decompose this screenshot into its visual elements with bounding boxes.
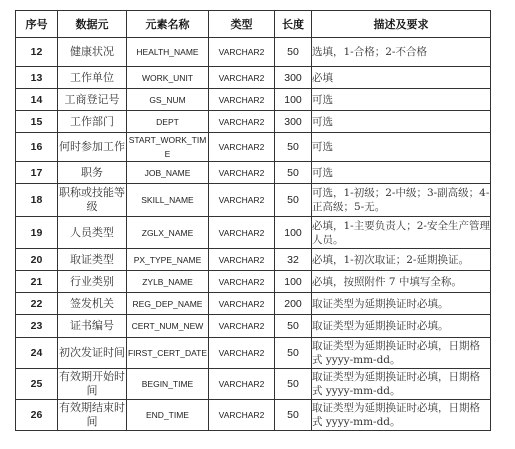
type-cell: VARCHAR2 bbox=[209, 369, 275, 400]
element-name-cell: END_TIME bbox=[127, 400, 209, 431]
element-name-cell: ZYLB_NAME bbox=[127, 271, 209, 293]
header-type: 类型 bbox=[209, 11, 275, 38]
header-length: 长度 bbox=[275, 11, 312, 38]
length-cell: 50 bbox=[275, 38, 312, 67]
table-body: 12健康状况HEALTH_NAMEVARCHAR250选填，1-合格；2-不合格… bbox=[16, 38, 491, 431]
description-cell: 取证类型为延期换证时必填。 bbox=[312, 315, 491, 338]
type-cell: VARCHAR2 bbox=[209, 38, 275, 67]
description-cell: 可选 bbox=[312, 133, 491, 162]
description-cell: 可选 bbox=[312, 162, 491, 184]
element-name-cell: START_WORK_TIME bbox=[127, 133, 209, 162]
element-name-cell: REG_DEP_NAME bbox=[127, 293, 209, 315]
description-cell: 取证类型为延期换证时必填，日期格式 yyyy-mm-dd。 bbox=[312, 400, 491, 431]
length-cell: 50 bbox=[275, 184, 312, 217]
type-cell: VARCHAR2 bbox=[209, 400, 275, 431]
data-element-cell: 工作部门 bbox=[58, 111, 127, 133]
description-cell: 必填 bbox=[312, 67, 491, 89]
type-cell: VARCHAR2 bbox=[209, 133, 275, 162]
serial-no-cell: 19 bbox=[16, 217, 58, 249]
serial-no-cell: 22 bbox=[16, 293, 58, 315]
data-element-cell: 有效期结束时间 bbox=[58, 400, 127, 431]
serial-no-cell: 12 bbox=[16, 38, 58, 67]
data-element-cell: 工商登记号 bbox=[58, 89, 127, 111]
length-cell: 300 bbox=[275, 67, 312, 89]
element-name-cell: DEPT bbox=[127, 111, 209, 133]
length-cell: 100 bbox=[275, 271, 312, 293]
element-name-cell: FIRST_CERT_DATE bbox=[127, 338, 209, 369]
description-cell: 取证类型为延期换证时必填。 bbox=[312, 293, 491, 315]
type-cell: VARCHAR2 bbox=[209, 217, 275, 249]
serial-no-cell: 23 bbox=[16, 315, 58, 338]
element-name-cell: ZGLX_NAME bbox=[127, 217, 209, 249]
serial-no-cell: 15 bbox=[16, 111, 58, 133]
serial-no-cell: 20 bbox=[16, 249, 58, 271]
length-cell: 200 bbox=[275, 293, 312, 315]
data-element-cell: 取证类型 bbox=[58, 249, 127, 271]
table-row: 12健康状况HEALTH_NAMEVARCHAR250选填，1-合格；2-不合格 bbox=[16, 38, 491, 67]
type-cell: VARCHAR2 bbox=[209, 338, 275, 369]
table-row: 13工作单位WORK_UNITVARCHAR2300必填 bbox=[16, 67, 491, 89]
description-cell: 可选，1-初级；2-中级；3-副高级；4-正高级；5-无。 bbox=[312, 184, 491, 217]
serial-no-cell: 17 bbox=[16, 162, 58, 184]
type-cell: VARCHAR2 bbox=[209, 271, 275, 293]
data-element-cell: 签发机关 bbox=[58, 293, 127, 315]
table-row: 14工商登记号GS_NUMVARCHAR2100可选 bbox=[16, 89, 491, 111]
table-row: 26有效期结束时间END_TIMEVARCHAR250取证类型为延期换证时必填，… bbox=[16, 400, 491, 431]
length-cell: 100 bbox=[275, 89, 312, 111]
type-cell: VARCHAR2 bbox=[209, 293, 275, 315]
serial-no-cell: 21 bbox=[16, 271, 58, 293]
description-cell: 选填，1-合格；2-不合格 bbox=[312, 38, 491, 67]
serial-no-cell: 13 bbox=[16, 67, 58, 89]
length-cell: 50 bbox=[275, 162, 312, 184]
element-name-cell: GS_NUM bbox=[127, 89, 209, 111]
length-cell: 50 bbox=[275, 369, 312, 400]
serial-no-cell: 25 bbox=[16, 369, 58, 400]
description-cell: 取证类型为延期换证时必填，日期格式 yyyy-mm-dd。 bbox=[312, 338, 491, 369]
table-row: 15工作部门DEPTVARCHAR2300可选 bbox=[16, 111, 491, 133]
serial-no-cell: 26 bbox=[16, 400, 58, 431]
data-element-cell: 何时参加工作 bbox=[58, 133, 127, 162]
type-cell: VARCHAR2 bbox=[209, 315, 275, 338]
element-name-cell: BEGIN_TIME bbox=[127, 369, 209, 400]
length-cell: 50 bbox=[275, 338, 312, 369]
element-name-cell: WORK_UNIT bbox=[127, 67, 209, 89]
description-cell: 取证类型为延期换证时必填，日期格式 yyyy-mm-dd。 bbox=[312, 369, 491, 400]
length-cell: 50 bbox=[275, 400, 312, 431]
table-row: 24初次发证时间FIRST_CERT_DATEVARCHAR250取证类型为延期… bbox=[16, 338, 491, 369]
data-element-cell: 有效期开始时间 bbox=[58, 369, 127, 400]
length-cell: 100 bbox=[275, 217, 312, 249]
type-cell: VARCHAR2 bbox=[209, 249, 275, 271]
description-cell: 必填，1-初次取证；2-延期换证。 bbox=[312, 249, 491, 271]
data-element-cell: 健康状况 bbox=[58, 38, 127, 67]
table-row: 25有效期开始时间BEGIN_TIMEVARCHAR250取证类型为延期换证时必… bbox=[16, 369, 491, 400]
data-element-cell: 人员类型 bbox=[58, 217, 127, 249]
table-header-row: 序号 数据元 元素名称 类型 长度 描述及要求 bbox=[16, 11, 491, 38]
description-cell: 必填，按照附件 7 中填写全称。 bbox=[312, 271, 491, 293]
table-row: 21行业类别ZYLB_NAMEVARCHAR2100必填，按照附件 7 中填写全… bbox=[16, 271, 491, 293]
length-cell: 300 bbox=[275, 111, 312, 133]
serial-no-cell: 18 bbox=[16, 184, 58, 217]
type-cell: VARCHAR2 bbox=[209, 67, 275, 89]
data-element-cell: 职务 bbox=[58, 162, 127, 184]
length-cell: 32 bbox=[275, 249, 312, 271]
data-element-table: 序号 数据元 元素名称 类型 长度 描述及要求 12健康状况HEALTH_NAM… bbox=[15, 10, 491, 431]
serial-no-cell: 14 bbox=[16, 89, 58, 111]
element-name-cell: CERT_NUM_NEW bbox=[127, 315, 209, 338]
description-cell: 必填，1-主要负责人；2-安全生产管理人员。 bbox=[312, 217, 491, 249]
header-data-element: 数据元 bbox=[58, 11, 127, 38]
element-name-cell: PX_TYPE_NAME bbox=[127, 249, 209, 271]
serial-no-cell: 16 bbox=[16, 133, 58, 162]
table-row: 19人员类型ZGLX_NAMEVARCHAR2100必填，1-主要负责人；2-安… bbox=[16, 217, 491, 249]
table-row: 18职称或技能等级SKILL_NAMEVARCHAR250可选，1-初级；2-中… bbox=[16, 184, 491, 217]
header-element-name: 元素名称 bbox=[127, 11, 209, 38]
element-name-cell: JOB_NAME bbox=[127, 162, 209, 184]
table-row: 20取证类型PX_TYPE_NAMEVARCHAR232必填，1-初次取证；2-… bbox=[16, 249, 491, 271]
type-cell: VARCHAR2 bbox=[209, 184, 275, 217]
description-cell: 可选 bbox=[312, 111, 491, 133]
data-element-cell: 初次发证时间 bbox=[58, 338, 127, 369]
element-name-cell: SKILL_NAME bbox=[127, 184, 209, 217]
description-cell: 可选 bbox=[312, 89, 491, 111]
length-cell: 50 bbox=[275, 315, 312, 338]
data-element-cell: 行业类别 bbox=[58, 271, 127, 293]
type-cell: VARCHAR2 bbox=[209, 162, 275, 184]
table-row: 22签发机关REG_DEP_NAMEVARCHAR2200取证类型为延期换证时必… bbox=[16, 293, 491, 315]
header-serial-no: 序号 bbox=[16, 11, 58, 38]
data-element-cell: 证书编号 bbox=[58, 315, 127, 338]
serial-no-cell: 24 bbox=[16, 338, 58, 369]
table-row: 16何时参加工作START_WORK_TIMEVARCHAR250可选 bbox=[16, 133, 491, 162]
element-name-cell: HEALTH_NAME bbox=[127, 38, 209, 67]
table-row: 17职务JOB_NAMEVARCHAR250可选 bbox=[16, 162, 491, 184]
type-cell: VARCHAR2 bbox=[209, 111, 275, 133]
data-element-cell: 职称或技能等级 bbox=[58, 184, 127, 217]
table-row: 23证书编号CERT_NUM_NEWVARCHAR250取证类型为延期换证时必填… bbox=[16, 315, 491, 338]
data-element-cell: 工作单位 bbox=[58, 67, 127, 89]
header-description: 描述及要求 bbox=[312, 11, 491, 38]
type-cell: VARCHAR2 bbox=[209, 89, 275, 111]
length-cell: 50 bbox=[275, 133, 312, 162]
